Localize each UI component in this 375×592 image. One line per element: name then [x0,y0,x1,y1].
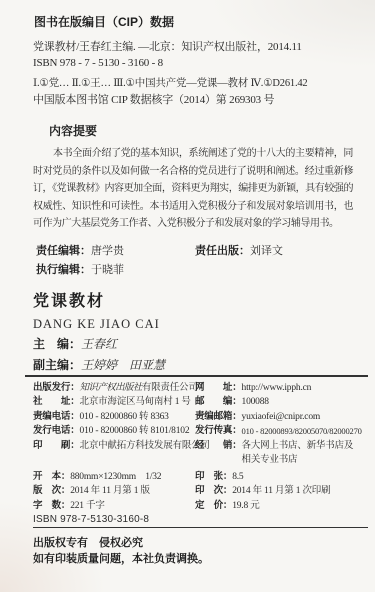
chief-editor-line: 主 编：王春红 [33,337,368,352]
exec-editor-label: 执行编辑： [36,264,91,276]
cip-entry: 党课教材/王春红主编. —北京：知识产权出版社，2014.11 [33,39,353,55]
address-label: 社 址： [33,395,80,410]
sales-fax-row: 发行传真： 010 - 82000893/82005070/82000270 [195,424,368,439]
publisher-row: 出版发行： 知识产权出版社有限责任公司 [33,381,195,396]
printer-label: 印 刷： [33,439,80,468]
sales-phone-row: 发行电话： 010 - 82000860 转 8101/8102 [33,424,195,439]
edition-label: 版 次： [33,484,70,499]
website-value: http://www.ipph.cn [242,381,312,396]
distribution-value-line2: 相关专业书店 [242,453,354,468]
publisher-script-name: 知识产权出版社 [80,383,142,393]
colophon-grid: 出版发行： 知识产权出版社有限责任公司 网 址： http://www.ipph… [33,381,368,468]
cip-classification: Ⅰ.①党… Ⅱ.①王… Ⅲ.①中国共产党—党课—教材 Ⅳ.①D261.42 [33,76,353,92]
address-row: 社 址： 北京市海淀区马甸南村 1 号 [33,395,195,410]
exec-editor: 执行编辑：于晓菲 [36,261,195,280]
duty-editor-label: 责任编辑： [36,245,91,257]
abstract-section: 内容提要 本书全面介绍了党的基本知识，系统阐述了党的十八大的主要精神，同时对党员… [33,124,353,233]
website-label: 网 址： [195,381,242,396]
copyright-page: 图书在版编目（CIP）数据 党课教材/王春红主编. —北京：知识产权出版社，20… [0,0,375,592]
format-value: 880mm×1230mm 1/32 [70,470,161,485]
impression-row: 印 次： 2014 年 11 月第 1 次印刷 [195,484,368,499]
format-label: 开 本： [33,470,70,485]
duty-publisher: 责任出版：刘译文 [195,242,368,261]
editor-phone-label: 责编电话： [33,410,80,425]
postcode-value: 100088 [242,395,269,410]
chief-editor-label: 主 编： [33,337,81,351]
sheets-label: 印 张： [195,470,232,485]
cip-classification-group: Ⅰ.①党… Ⅱ.①王… Ⅲ.①中国共产党—党课—教材 Ⅳ.①D261.42 中国… [33,76,353,108]
publisher-suffix: 有限责任公司 [142,383,198,393]
sales-fax-value: 010 - 82000893/82005070/82000270 [242,424,362,439]
postcode-row: 邮 编： 100088 [195,395,368,410]
impression-value: 2014 年 11 月第 1 次印刷 [232,484,330,499]
footer-notices: 出版权专有 侵权必究 如有印装质量问题，本社负责调换。 [33,535,368,567]
cip-section: 图书在版编目（CIP）数据 党课教材/王春红主编. —北京：知识产权出版社，20… [33,16,353,108]
chief-editor-name: 王春红 [81,337,117,351]
word-count-row: 字 数： 221 千字 [33,499,195,514]
duty-editor: 责任编辑：唐学贵 [36,242,195,261]
cip-heading: 图书在版编目（CIP）数据 [34,16,353,29]
editor-email-row: 责编邮箱： yuxiaofei@cnipr.com [195,410,368,425]
price-value: 19.8 元 [232,499,259,514]
edition-row: 版 次： 2014 年 11 月第 1 版 [33,484,195,499]
copyright-notice: 出版权专有 侵权必究 [33,535,368,551]
address-value: 北京市海淀区马甸南村 1 号 [80,395,191,410]
distribution-value-line1: 各大网上书店、新华书店及 [242,439,354,454]
publisher-label: 出版发行： [33,381,80,396]
abstract-heading: 内容提要 [49,124,353,138]
duty-publisher-name: 刘译文 [250,245,283,257]
distribution-label: 经 销： [195,439,242,468]
book-title: 党课教材 [33,293,368,311]
exec-editor-name: 于晓菲 [91,264,124,276]
website-row: 网 址： http://www.ipph.cn [195,381,368,396]
editor-phone-row: 责编电话： 010 - 82000860 转 8363 [33,410,195,425]
editor-email-value: yuxiaofei@cnipr.com [242,410,321,425]
abstract-body: 本书全面介绍了党的基本知识，系统阐述了党的十八大的主要精神，同时对党员的条件以及… [33,145,353,233]
sales-phone-value: 010 - 82000860 转 8101/8102 [80,424,190,439]
price-label: 定 价： [195,499,232,514]
duty-editor-name: 唐学贵 [91,245,124,257]
quality-notice: 如有印装质量问题，本社负责调换。 [33,551,368,567]
divider-rule-top [25,375,368,377]
distribution-row: 经 销： 各大网上书店、新华书店及 相关专业书店 [195,439,368,468]
duty-publisher-label: 责任出版： [195,245,250,257]
book-title-pinyin: DANG KE JIAO CAI [33,317,368,331]
cip-registry: 中国版本图书馆 CIP 数据核字（2014）第 269303 号 [33,92,353,108]
word-count-label: 字 数： [33,499,70,514]
cip-isbn: ISBN 978 - 7 - 5130 - 3160 - 8 [33,55,353,71]
editors-row-2: 执行编辑：于晓菲 [36,261,368,280]
editor-email-label: 责编邮箱： [195,410,242,425]
printer-row: 印 刷： 北京中献拓方科技发展有限公司 [33,439,195,468]
sales-phone-label: 发行电话： [33,424,80,439]
deputy-editor-names: 王婷婷 田亚慧 [81,358,165,372]
deputy-editor-label: 副主编： [33,358,81,372]
sheets-value: 8.5 [232,470,243,485]
printer-value: 北京中献拓方科技发展有限公司 [80,439,210,468]
divider-rule-bottom [33,527,368,528]
distribution-value: 各大网上书店、新华书店及 相关专业书店 [242,439,354,468]
specs-grid: 开 本： 880mm×1230mm 1/32 印 张： 8.5 版 次： 201… [33,470,368,514]
isbn-line: ISBN 978-7-5130-3160-8 [33,514,368,526]
word-count-value: 221 千字 [70,499,104,514]
editors-row-1: 责任编辑：唐学贵 责任出版：刘译文 [36,242,368,261]
edition-value: 2014 年 11 月第 1 版 [70,484,150,499]
publisher-value: 知识产权出版社有限责任公司 [80,381,198,396]
sheets-row: 印 张： 8.5 [195,470,368,485]
format-row: 开 本： 880mm×1230mm 1/32 [33,470,195,485]
price-row: 定 价： 19.8 元 [195,499,368,514]
title-block: 党课教材 DANG KE JIAO CAI 主 编：王春红 副主编：王婷婷 田亚… [33,293,368,372]
sales-fax-label: 发行传真： [195,424,242,439]
postcode-label: 邮 编： [195,395,242,410]
editors-section: 责任编辑：唐学贵 责任出版：刘译文 执行编辑：于晓菲 [36,242,368,280]
editor-phone-value: 010 - 82000860 转 8363 [80,410,169,425]
deputy-editor-line: 副主编：王婷婷 田亚慧 [33,358,368,372]
impression-label: 印 次： [195,484,232,499]
